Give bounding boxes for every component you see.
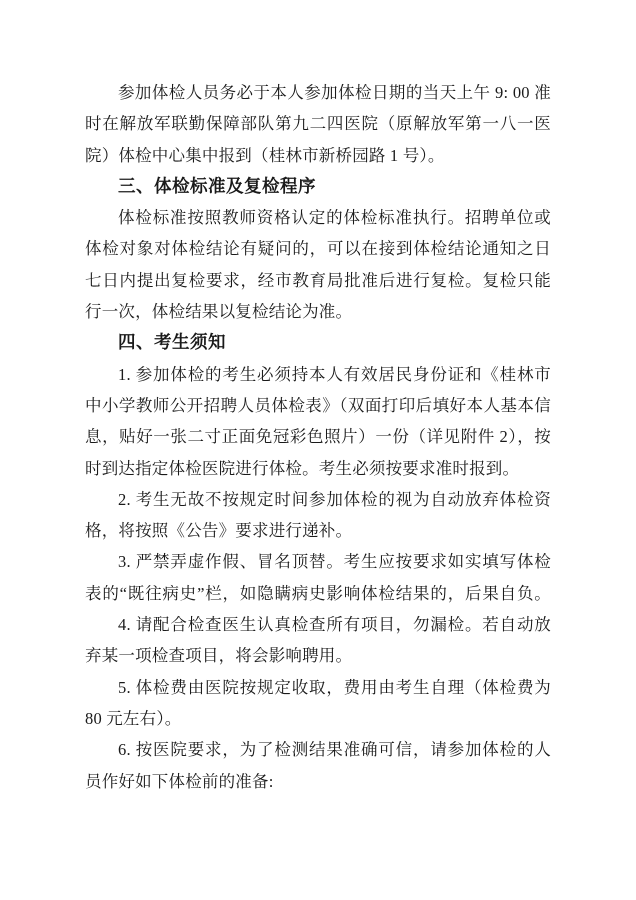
paragraph-recheck-line-1: 体检标准按照教师资格认定的体检标准执行。招聘单位或者 (85, 202, 551, 233)
document-body: 参加体检人员务必于本人参加体检日期的当天上午 9: 00 准 时在解放军联勤保障… (85, 77, 551, 797)
paragraph-report-time-line-1: 参加体检人员务必于本人参加体检日期的当天上午 9: 00 准 (85, 77, 551, 108)
notice-item-3-line-2: 表的“既往病史”栏，如隐瞒病史影响体检结果的，后果自负。 (85, 578, 551, 609)
notice-item-5-line-1: 5. 体检费由医院按规定收取，费用由考生自理（体检费为 (85, 672, 551, 703)
notice-item-4-line-1: 4. 请配合检查医生认真检查所有项目，勿漏检。若自动放 (85, 609, 551, 640)
notice-item-4-line-2: 弃某一项检查项目，将会影响聘用。 (85, 640, 551, 671)
notice-item-6-line-1: 6. 按医院要求，为了检测结果准确可信，请参加体检的人 (85, 734, 551, 765)
paragraph-recheck-line-2: 体检对象对体检结论有疑问的，可以在接到体检结论通知之日起 (85, 233, 551, 264)
notice-item-3-line-1: 3. 严禁弄虚作假、冒名顶替。考生应按要求如实填写体检 (85, 546, 551, 577)
notice-item-1-line-2: 中小学教师公开招聘人员体检表》（双面打印后填好本人基本信 (85, 390, 551, 421)
notice-item-1-line-3: 息，贴好一张二寸正面免冠彩色照片）一份（详见附件 2），按 (85, 421, 551, 452)
document-page: 参加体检人员务必于本人参加体检日期的当天上午 9: 00 准 时在解放军联勤保障… (0, 0, 636, 900)
paragraph-recheck-line-3: 七日内提出复检要求，经市教育局批准后进行复检。复检只能进 (85, 265, 551, 296)
notice-item-2-line-2: 格，将按照《公告》要求进行递补。 (85, 515, 551, 546)
paragraph-report-time-line-2: 时在解放军联勤保障部队第九二四医院（原解放军第一八一医 (85, 108, 551, 139)
notice-item-6-line-2: 员作好如下体检前的准备: (85, 766, 551, 797)
notice-item-1-line-1: 1. 参加体检的考生必须持本人有效居民身份证和《桂林市 (85, 359, 551, 390)
section-heading-3: 三、体检标准及复检程序 (85, 171, 551, 202)
paragraph-recheck-line-4: 行一次，体检结果以复检结论为准。 (85, 296, 551, 327)
notice-item-5-line-2: 80 元左右）。 (85, 703, 551, 734)
notice-item-2-line-1: 2. 考生无故不按规定时间参加体检的视为自动放弃体检资 (85, 484, 551, 515)
paragraph-report-time-line-3: 院）体检中心集中报到（桂林市新桥园路 1 号）。 (85, 140, 551, 171)
section-heading-4: 四、考生须知 (85, 327, 551, 358)
notice-item-1-line-4: 时到达指定体检医院进行体检。考生必须按要求准时报到。 (85, 453, 551, 484)
